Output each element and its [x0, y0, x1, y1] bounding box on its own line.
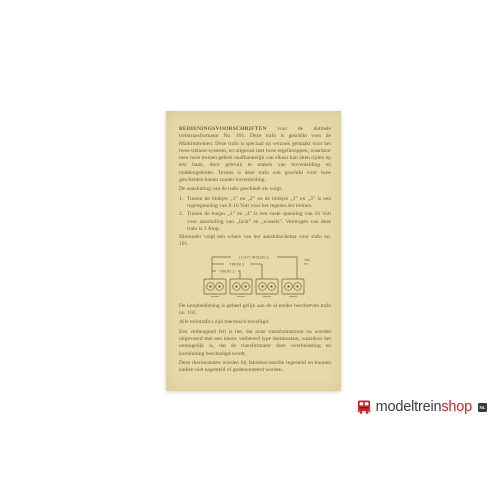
socket-pin [235, 285, 237, 287]
thermisch-paragraph: Alle treintrafo's zijn thermisch beveili… [179, 319, 331, 326]
socket-pin [287, 285, 289, 287]
brand-suffix: shop [441, 399, 472, 415]
socket-block-1 [204, 279, 226, 294]
intro-paragraph: BEDIENINGSVOORSCHRIFTEN voor de dubbele … [179, 126, 331, 184]
list-item-number: 2. [179, 211, 183, 218]
diagram-label-licht-wissels: LICHT WISSELS [239, 255, 269, 259]
diagram-label-trein1: TREIN 1 [218, 269, 235, 273]
shop-watermark: modeltreinshop NL [356, 397, 487, 417]
terminal-mark [289, 296, 297, 297]
verheugend-paragraph: Een verheugend feit is het, dat onze tra… [179, 329, 331, 358]
list-item-number: 1. [179, 196, 183, 203]
product-photo-page: { "page": { "background_color": "#ffffff… [0, 0, 500, 500]
socket-pin [270, 285, 272, 287]
list-item: 1. Tussen de blokjes „1” en „2” en de bl… [179, 196, 331, 211]
socket-block-2 [230, 279, 252, 294]
schets-intro: Hieronder volgt een schets van het aansl… [179, 234, 331, 249]
socket-block-4 [282, 279, 304, 294]
wiring-diagram: LICHT WISSELS TREIN 2 TREIN 1 TRA FO [200, 252, 310, 300]
socket-pin [209, 285, 211, 287]
terminal-mark [211, 296, 219, 297]
terminal-mark [237, 296, 245, 297]
train-icon [356, 399, 372, 415]
socket-block-3 [256, 279, 278, 294]
socket-pin [261, 285, 263, 287]
document-title: BEDIENINGSVOORSCHRIFTEN [179, 126, 267, 132]
instruction-leaflet: BEDIENINGSVOORSCHRIFTEN voor de dubbele … [166, 111, 341, 391]
intro-text: voor de dubbele treintransformator No. 1… [179, 126, 331, 183]
brand-name: modeltreinshop [376, 399, 472, 415]
terminal-mark [263, 296, 271, 297]
socket-pin [296, 285, 298, 287]
thermostaten-paragraph: Deze thermostaten worden bij fabriekscon… [179, 360, 331, 375]
list-item-text: Tussen de blokjes „1” en „2” en de blokj… [187, 196, 331, 209]
list-item: 2. Tussen de busjes „1” en „4” is een va… [179, 211, 331, 233]
leaflet-text-block: BEDIENINGSVOORSCHRIFTEN voor de dubbele … [179, 126, 331, 376]
knopbediening-paragraph: De knopbediening is geheel gelijk aan de… [179, 303, 331, 318]
brand-badge: NL [478, 403, 487, 412]
diagram-label-trein2: TREIN 2 [228, 262, 245, 266]
list-item-text: Tussen de busjes „1” en „4” is een vaste… [187, 211, 331, 232]
diagram-label-trafo-2: FO [304, 262, 309, 266]
socket-pin [218, 285, 220, 287]
socket-pin [244, 285, 246, 287]
wiring-diagram-svg: LICHT WISSELS TREIN 2 TREIN 1 TRA FO [200, 252, 310, 300]
aansluiting-intro: De aansluiting van de trafo geschiedt al… [179, 186, 331, 193]
brand-prefix: modeltrein [376, 399, 442, 415]
